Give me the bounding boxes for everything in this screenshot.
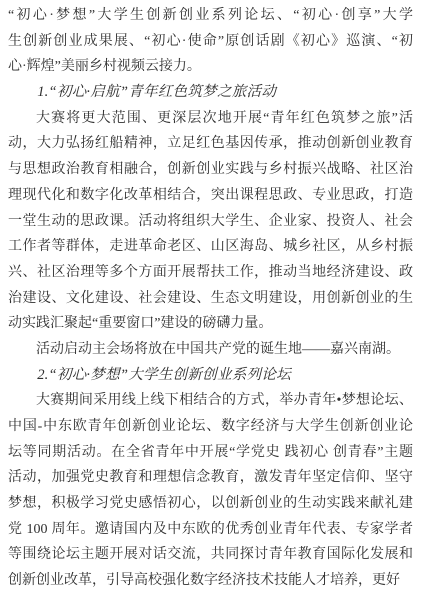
text-line: 与思想政治教育相融合，创新创业实践与乡村振兴战略、社区治 xyxy=(8,157,413,183)
paragraph: “初心·梦想”大学生创新创业系列论坛、“初心·创享”大学生创新创业成果展、“初心… xyxy=(8,3,413,80)
text-line: 大赛期间采用线上线下相结合的方式，举办青年•梦想论坛、 xyxy=(8,388,413,414)
text-line: 生创新创业成果展、“初心·使命”原创话剧《初心》巡演、“初 xyxy=(8,29,413,55)
paragraph: 活动启动主会场将放在中国共产党的诞生地——嘉兴南湖。 xyxy=(8,337,413,363)
paragraph: 大赛期间采用线上线下相结合的方式，举办青年•梦想论坛、中国-中东欧青年创新创业论… xyxy=(8,388,413,594)
text-line: 创新创业改革，引导高校强化数字经济技术技能人才培养，更好 xyxy=(8,568,413,594)
text-line: 大赛将更大范围、更深层次地开展“青年红色筑梦之旅”活 xyxy=(8,106,413,132)
text-line: “初心·梦想”大学生创新创业系列论坛、“初心·创享”大学 xyxy=(8,3,413,29)
paragraph: 大赛将更大范围、更深层次地开展“青年红色筑梦之旅”活动，大力弘扬红船精神，立足红… xyxy=(8,106,413,337)
text-line: 1.“初心·启航”青年红色筑梦之旅活动 xyxy=(8,80,413,106)
document-content: “初心·梦想”大学生创新创业系列论坛、“初心·创享”大学生创新创业成果展、“初心… xyxy=(8,3,413,594)
text-line: 坛等同期活动。在全省青年中开展“学党史 践初心 创青春”主题 xyxy=(8,440,413,466)
text-line: 一堂生动的思政课。活动将组织大学生、企业家、投资人、社会 xyxy=(8,209,413,235)
text-line: 动实践汇聚起“重要窗口”建设的磅礴力量。 xyxy=(8,311,413,337)
text-line: 等围绕论坛主题开展对话交流，共同探讨青年教育国际化发展和 xyxy=(8,542,413,568)
text-line: 活动，加强党史教育和理想信念教育，激发青年坚定信仰、坚守 xyxy=(8,465,413,491)
text-line: 理现代化和数字化改革相结合，突出课程思政、专业思政，打造 xyxy=(8,183,413,209)
text-line: 2.“初心·梦想”大学生创新创业系列论坛 xyxy=(8,363,413,389)
text-line: 心·辉煌”美丽乡村视频云接力。 xyxy=(8,54,413,80)
text-line: 兴、社区治理等多个方面开展帮扶工作，推动当地经济建设、政 xyxy=(8,260,413,286)
text-line: 党 100 周年。邀请国内及中东欧的优秀创业青年代表、专家学者 xyxy=(8,517,413,543)
text-line: 治建设、文化建设、社会建设、生态文明建设，用创新创业的生 xyxy=(8,286,413,312)
text-line: 工作者等群体，走进革命老区、山区海岛、城乡社区，从乡村振 xyxy=(8,234,413,260)
section-heading: 1.“初心·启航”青年红色筑梦之旅活动 xyxy=(8,80,413,106)
section-heading: 2.“初心·梦想”大学生创新创业系列论坛 xyxy=(8,363,413,389)
text-line: 活动启动主会场将放在中国共产党的诞生地——嘉兴南湖。 xyxy=(8,337,413,363)
text-line: 梦想，积极学习党史感悟初心，以创新创业的生动实践来献礼建 xyxy=(8,491,413,517)
text-line: 中国-中东欧青年创新创业论坛、数字经济与大学生创新创业论 xyxy=(8,414,413,440)
text-line: 动，大力弘扬红船精神，立足红色基因传承，推动创新创业教育 xyxy=(8,131,413,157)
document-page: “初心·梦想”大学生创新创业系列论坛、“初心·创享”大学生创新创业成果展、“初心… xyxy=(0,0,421,595)
